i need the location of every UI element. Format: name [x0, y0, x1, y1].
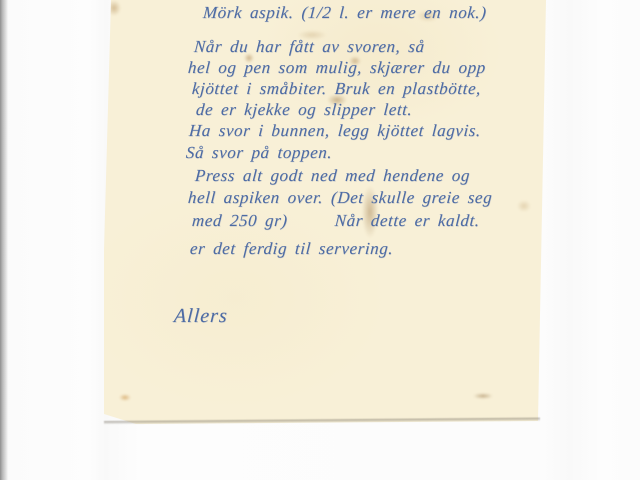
- handwritten-line: Ha svor i bunnen, legg kjöttet lagvis.: [188, 122, 481, 139]
- paper-stain: [119, 394, 131, 401]
- handwritten-line: hell aspiken over. (Det skulle greie seg: [187, 189, 493, 206]
- handwritten-line: kjöttet i småbiter. Bruk en plastbötte,: [191, 80, 481, 97]
- scanned-document: Mörk aspik. (1/2 l. er mere en nok.) Når…: [0, 0, 640, 480]
- scanner-edge-shadow: [0, 0, 8, 480]
- paper-stain: [107, 0, 121, 16]
- signature: Allers: [173, 306, 228, 326]
- handwritten-line: Når du har fått av svoren, så: [193, 38, 425, 55]
- paper-stain: [473, 393, 493, 399]
- paper-stain: [517, 200, 531, 212]
- handwritten-line: hel og pen som mulig, skjærer du opp: [187, 59, 486, 76]
- recipe-card: Mörk aspik. (1/2 l. er mere en nok.) Når…: [101, 0, 547, 426]
- handwritten-line: Press alt godt ned med hendene og: [194, 167, 470, 184]
- handwritten-line: er det ferdig til servering.: [189, 240, 394, 257]
- recipe-title-line: Mörk aspik. (1/2 l. er mere en nok.): [202, 4, 487, 21]
- handwritten-line: de er kjekke og slipper lett.: [195, 101, 413, 118]
- handwritten-line: Så svor på toppen.: [185, 144, 333, 161]
- handwritten-line: med 250 gr) Når dette er kaldt.: [191, 212, 480, 229]
